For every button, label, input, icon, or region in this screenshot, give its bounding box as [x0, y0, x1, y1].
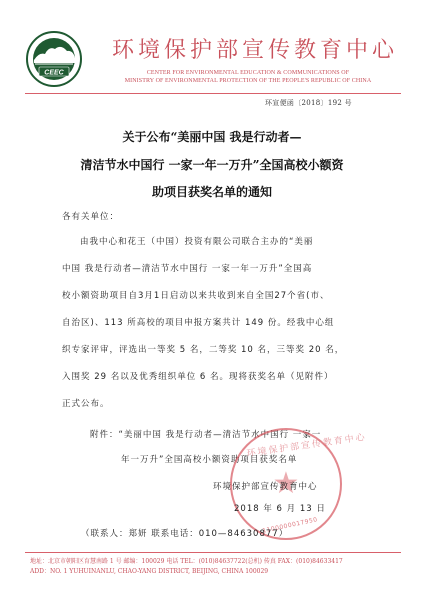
salutation: 各有关单位：	[62, 210, 119, 222]
body-line: 入围奖 29 名以及优秀组织单位 6 名。现将获奖名单（见附件）	[62, 370, 334, 382]
ceec-logo-icon: CEEC	[25, 30, 83, 88]
body-line: 校小额资助项目自3月1日启动以来共收到来自全国27个省(市、	[62, 289, 329, 301]
svg-text:CEEC: CEEC	[44, 70, 64, 77]
body-line: 中国 我是行动者—清洁节水中国行 一家一年一万升”全国高	[62, 262, 312, 274]
document-number: 环宣便函〔2018〕192 号	[265, 98, 352, 108]
signature-organization: 环境保护部宣传教育中心	[213, 480, 318, 492]
document-title-line1: 关于公布“美丽中国 我是行动者—	[0, 128, 424, 145]
body-line: 正式公布。	[62, 397, 110, 409]
contact-info: （联系人：郑妍 联系电话：010—84630877）	[81, 527, 288, 539]
footer-address-cn: 地址：北京市朝阳区育慧南路 1 号 邮编：100029 电话 TEL：(010)…	[30, 556, 343, 565]
footer-divider	[25, 552, 401, 553]
body-line: 由我中心和花王（中国）投资有限公司联合主办的“美丽	[80, 235, 313, 247]
ceec-logo: CEEC	[25, 30, 83, 88]
body-line: 自治区)、113 所高校的项目申报方案共计 149 份。经我中心组	[62, 316, 334, 328]
org-name-cn: 环境保护部宣传教育中心	[112, 33, 398, 64]
org-name-en-line1: CENTER FOR ENVIRONMENTAL EDUCATION & COM…	[88, 70, 408, 76]
footer-address-en: ADD：NO. 1 YUHUINANLU, CHAO-YANG DISTRICT…	[30, 566, 268, 575]
document-title-line2: 清洁节水中国行 一家一年一万升”全国高校小额资	[0, 156, 424, 173]
header-divider	[25, 93, 401, 94]
body-line: 织专家评审，评选出一等奖 5 名，二等奖 10 名，三等奖 20 名，	[62, 343, 344, 355]
signature-date: 2018 年 6 月 13 日	[234, 502, 326, 514]
document-title-line3: 助项目获奖名单的通知	[0, 183, 424, 200]
org-name-en-line2: MINISTRY OF ENVIRONMENTAL PROTECTION OF …	[88, 78, 408, 84]
